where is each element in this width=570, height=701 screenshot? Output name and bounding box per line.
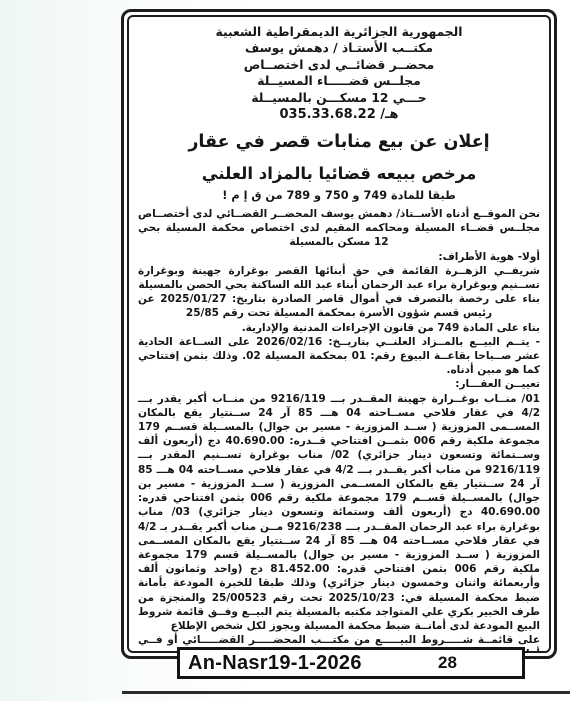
journal-name-date: An-Nasr19-1-2026 (180, 652, 362, 675)
notice-content: الجمهورية الجزائرية الديمقراطية الشعبية … (127, 15, 551, 653)
letterhead-line-office: مكتــب الأستـاذ / دهمش يوسف (138, 40, 540, 56)
legal-reference-line: طبقا للمادة 749 و 750 و 789 من ق إ م ! (138, 189, 540, 202)
body-paragraph-sale-date: - يتــم البيــع بالمــزاد العلنــي بتاري… (138, 335, 540, 378)
letterhead-phone: هـ/ 035.33.68.22 (138, 106, 540, 123)
body-heading-parties: أولا- هوية الأطراف: (138, 250, 540, 264)
letterhead-line-country: الجمهورية الجزائرية الديمقراطية الشعبية (138, 24, 540, 40)
notice-body: نحن الموقــع أدناه الأســتاذ/ دهمش يوسف … (138, 207, 540, 653)
body-paragraph-property-details: 01/ منــاب بوغــرارة جهينة المقــدر بـــ… (138, 392, 540, 633)
notice-title: إعلان عن بيع منابات قصر في عقار (138, 132, 540, 152)
bottom-divider-rule (122, 691, 570, 694)
page-number: 28 (438, 653, 457, 673)
letterhead-line-bailiff: محضــر قضائــي لدى اختصــاص (138, 57, 540, 73)
letterhead-line-address: حـــي 12 مسكـــن بالمسيــلة (138, 90, 540, 106)
body-paragraph-intro: نحن الموقــع أدناه الأســتاذ/ دهمش يوسف … (138, 207, 540, 250)
journal-footer-box: An-Nasr19-1-2026 28 (177, 647, 525, 679)
body-paragraph-authorization: بناء على رخصة بالتصرف في أموال قاصر الصا… (138, 292, 540, 320)
scanned-newspaper-notice-page: الجمهورية الجزائرية الديمقراطية الشعبية … (0, 0, 570, 701)
body-paragraph-article: بناء على المادة 749 من قانون الإجراءات ا… (138, 321, 540, 335)
body-paragraph-guardian: شريفــي الزهــرة القائمة في حق أبنائها ا… (138, 264, 540, 292)
letterhead-line-council: مجلــس قضـــــاء المسيــلة (138, 73, 540, 89)
notice-subtitle-auction: مرخص ببيعه قضائيا بالمزاد العلني (138, 164, 540, 183)
body-heading-property: تعييــن العقـــار: (138, 377, 540, 391)
document-frame: الجمهورية الجزائرية الديمقراطية الشعبية … (121, 9, 557, 659)
